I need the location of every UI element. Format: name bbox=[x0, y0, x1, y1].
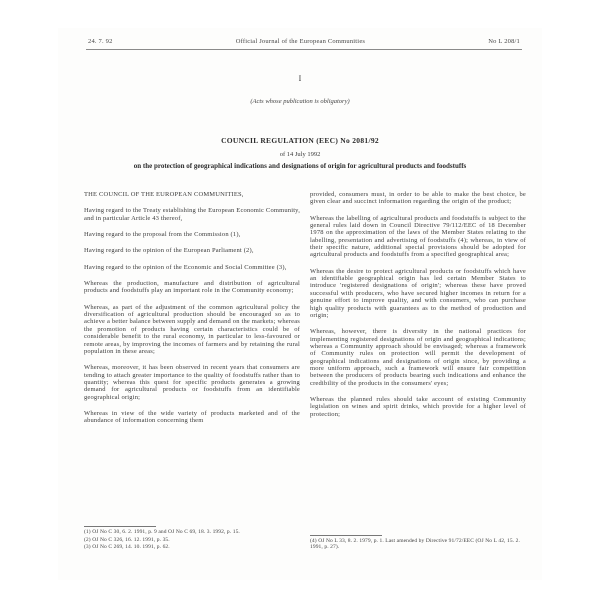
acts-obligatory-note: (Acts whose publication is obligatory) bbox=[58, 98, 542, 105]
regulation-date-line: of 14 July 1992 bbox=[58, 151, 542, 158]
regulation-title: COUNCIL REGULATION (EEC) No 2081/92 bbox=[58, 136, 542, 145]
footnote: (2) OJ No C 326, 16. 12. 1991, p. 35. bbox=[84, 537, 300, 544]
paragraph: Whereas the desire to protect agricultur… bbox=[310, 268, 526, 319]
header-journal-title: Official Journal of the European Communi… bbox=[236, 38, 365, 45]
footnote: (4) OJ No L 33, 8. 2. 1979, p. 1. Last a… bbox=[310, 538, 526, 551]
right-footnotes: (4) OJ No L 33, 8. 2. 1979, p. 1. Last a… bbox=[310, 533, 526, 551]
title-block: COUNCIL REGULATION (EEC) No 2081/92 of 1… bbox=[58, 136, 542, 170]
two-column-body: THE COUNCIL OF THE EUROPEAN COMMUNITIES,… bbox=[58, 191, 542, 551]
paragraph: Having regard to the opinion of the Econ… bbox=[84, 264, 300, 271]
paragraph: Whereas, moreover, it has been observed … bbox=[84, 364, 300, 401]
paragraph: Having regard to the Treaty establishing… bbox=[84, 207, 300, 222]
header-rule bbox=[86, 49, 522, 50]
paragraph: Having regard to the opinion of the Euro… bbox=[84, 247, 300, 254]
paragraph: Whereas the labelling of agricultural pr… bbox=[310, 215, 526, 259]
paragraph: provided, consumers must, in order to be… bbox=[310, 191, 526, 206]
paragraph: Whereas the planned rules should take ac… bbox=[310, 396, 526, 418]
paragraph: Whereas, as part of the adjustment of th… bbox=[84, 304, 300, 355]
right-column: provided, consumers must, in order to be… bbox=[310, 191, 526, 551]
paragraph: THE COUNCIL OF THE EUROPEAN COMMUNITIES, bbox=[84, 191, 300, 198]
paragraph: Having regard to the proposal from the C… bbox=[84, 231, 300, 238]
left-footnotes: (1) OJ No C 30, 6. 2. 1991, p. 9 and OJ … bbox=[84, 524, 300, 551]
paragraph: Whereas the production, manufacture and … bbox=[84, 280, 300, 295]
footnote: (1) OJ No C 30, 6. 2. 1991, p. 9 and OJ … bbox=[84, 529, 300, 536]
footnote-rule bbox=[310, 535, 382, 536]
footnote-rule bbox=[84, 526, 156, 527]
scanned-document-page: 24. 7. 92 Official Journal of the Europe… bbox=[58, 28, 542, 580]
left-column: THE COUNCIL OF THE EUROPEAN COMMUNITIES,… bbox=[84, 191, 300, 551]
header-page-ref: No L 208/1 bbox=[488, 38, 520, 45]
footnote: (3) OJ No C 269, 14. 10. 1991, p. 62. bbox=[84, 544, 300, 551]
paragraph: Whereas, however, there is diversity in … bbox=[310, 328, 526, 387]
journal-header: 24. 7. 92 Official Journal of the Europe… bbox=[58, 28, 542, 45]
header-date: 24. 7. 92 bbox=[88, 38, 113, 45]
paragraph: Whereas in view of the wide variety of p… bbox=[84, 410, 300, 425]
regulation-subject: on the protection of geographical indica… bbox=[128, 162, 473, 170]
section-numeral: I bbox=[58, 74, 542, 83]
